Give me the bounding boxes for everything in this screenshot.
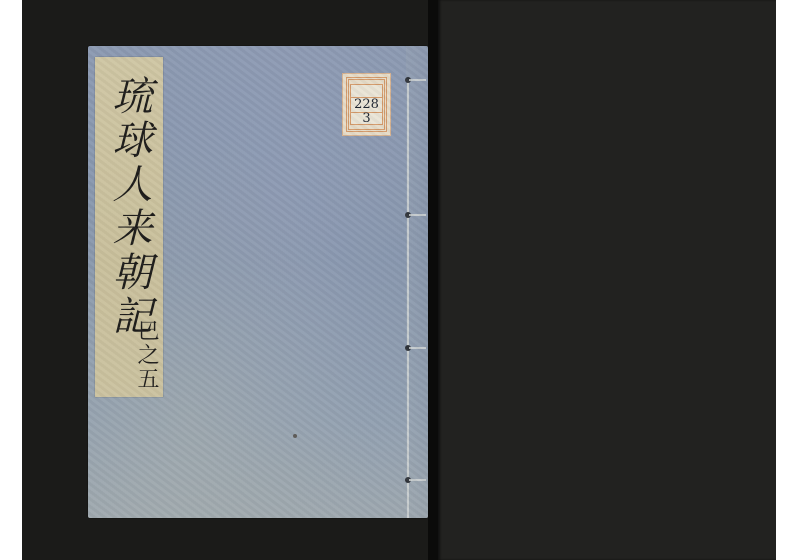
book-title: 琉球人来朝記 [95, 75, 163, 339]
stitch-thread [409, 347, 426, 349]
stitch-hole [405, 77, 411, 83]
stitch-thread [409, 214, 426, 216]
volume-number: 巳之五 [131, 319, 162, 391]
book-cover: 琉球人来朝記 巳之五 228 3 [88, 46, 428, 518]
library-stamp: 228 3 [342, 73, 391, 136]
stamp-ornamental-frame [346, 77, 387, 132]
stitch-hole [405, 477, 411, 483]
stitch-thread [409, 479, 426, 481]
title-label: 琉球人来朝記 巳之五 [95, 57, 163, 397]
binding-thread [407, 80, 409, 518]
stamp-divider [351, 97, 382, 98]
stamp-field: 228 3 [350, 84, 383, 125]
binding-edge [406, 46, 428, 518]
center-gutter [428, 0, 438, 560]
stamp-number-top: 228 [351, 98, 382, 112]
stamp-divider [351, 112, 382, 113]
stitch-hole [405, 345, 411, 351]
cover-blemish [293, 434, 297, 438]
stitch-thread [409, 79, 426, 81]
right-backdrop-panel [438, 0, 776, 560]
stitch-hole [405, 212, 411, 218]
stamp-number-bottom: 3 [351, 112, 382, 126]
